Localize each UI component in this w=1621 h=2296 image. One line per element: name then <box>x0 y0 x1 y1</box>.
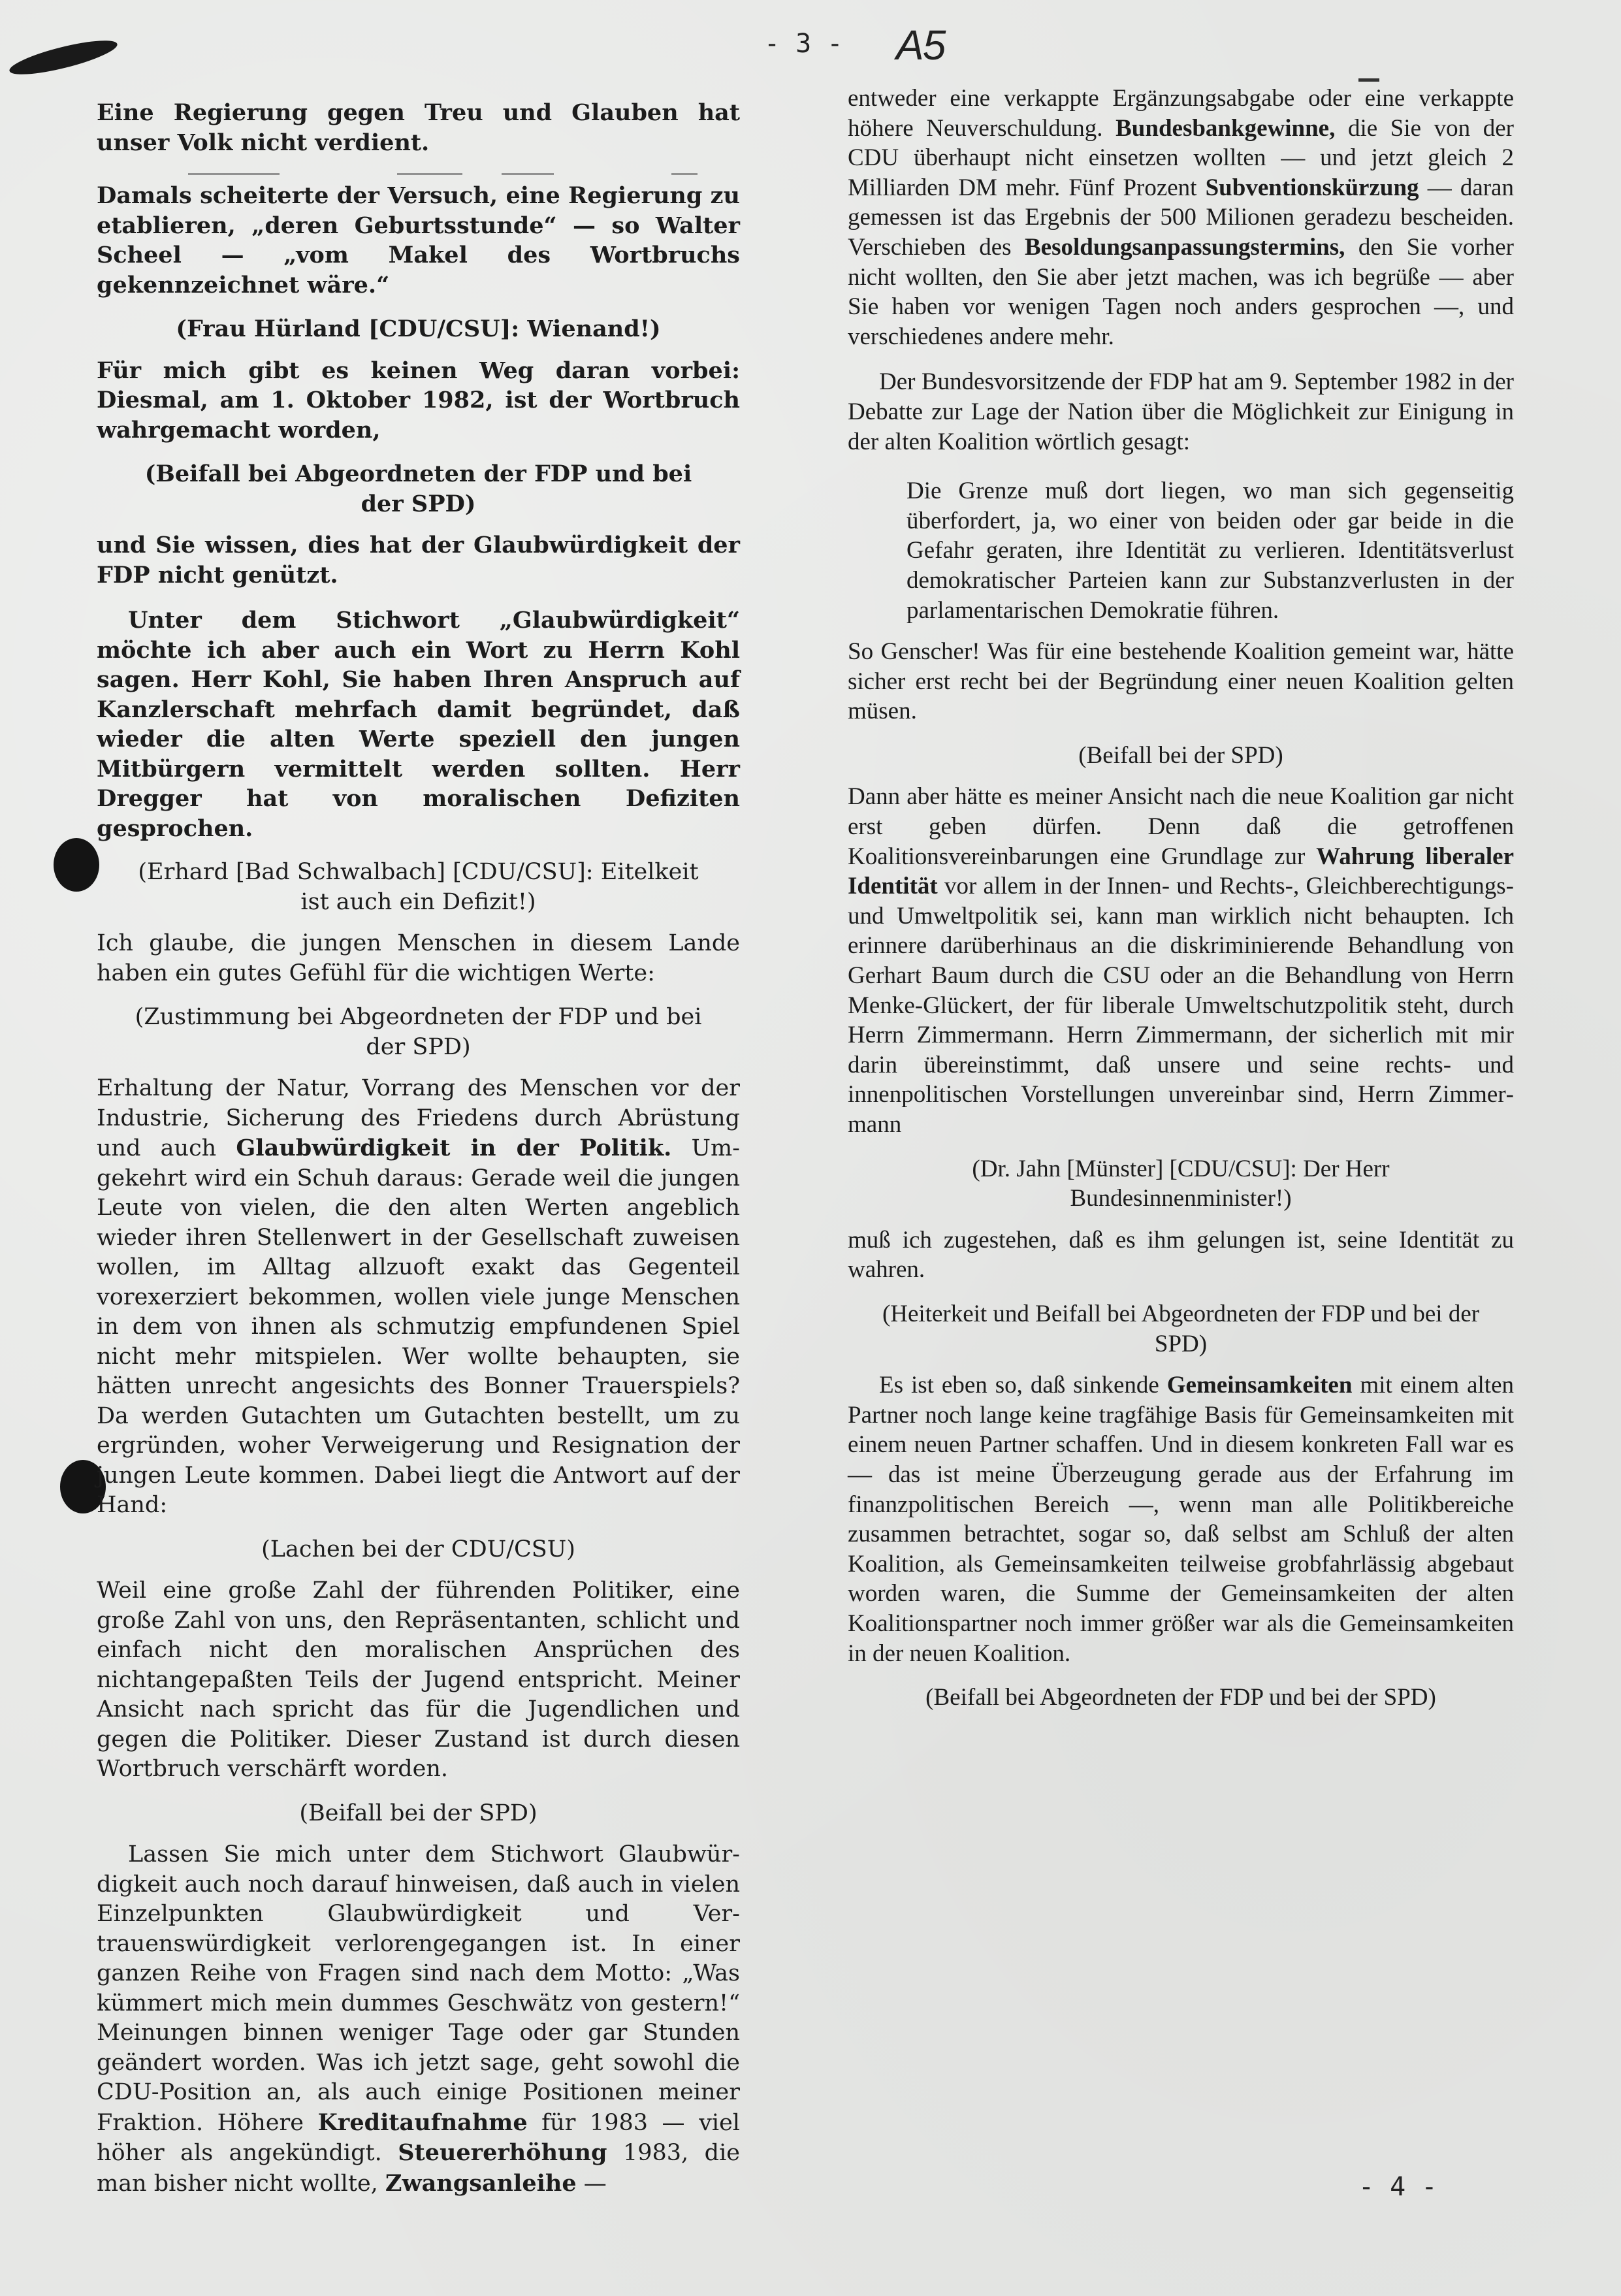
paragraph: muß ich zugestehen, daß es ihm gelungen … <box>848 1225 1514 1285</box>
paragraph: Ich glaube, die jungen Menschen in diese… <box>97 929 740 988</box>
paragraph: So Genscher! Was für eine bestehende Koa… <box>848 637 1514 726</box>
block-quote: Die Grenze muß dort liegen, wo man sich … <box>907 476 1514 625</box>
interjection: (Dr. Jahn [Münster] [CDU/CSU]: Der Herr … <box>874 1154 1488 1214</box>
paragraph: entweder eine verkappte Ergänzungsabgabe… <box>848 84 1514 351</box>
emphasis: Gemeinsamkeiten <box>1167 1372 1353 1399</box>
right-column: entweder eine verkappte Ergänzungsabgabe… <box>848 84 1514 1724</box>
emphasis: Subventionskürzung <box>1206 174 1419 201</box>
emphasis: Kreditaufnahme <box>317 2109 527 2136</box>
handwritten-mark: A5 <box>896 21 944 69</box>
interjection: (Erhard [Bad Schwalbach] [CDU/CSU]: Eite… <box>123 858 714 917</box>
scan-mark <box>1358 78 1379 82</box>
paragraph: Erhaltung der Natur, Vorrang des Mensche… <box>97 1074 740 1521</box>
interjection: (Zustimmung bei Abgeordneten der FDP und… <box>123 1003 714 1062</box>
interjection: (Beifall bei Abgeordneten der FDP und be… <box>874 1683 1488 1713</box>
separator <box>97 170 740 177</box>
interjection: (Beifall bei der SPD) <box>874 741 1488 771</box>
paragraph: Lassen Sie mich unter dem Stichwort Glau… <box>97 1840 740 2199</box>
emphasis: Glaubwürdigkeit in der Politik. <box>236 1135 671 1161</box>
left-column: Eine Regierung gegen Treu und Glauben ha… <box>97 98 740 2199</box>
emphasis: Steuererhöhung <box>398 2139 607 2166</box>
paragraph: Weil eine große Zahl der führenden Polit… <box>97 1576 740 1785</box>
paragraph: Der Bundesvorsitzende der FDP hat am 9. … <box>848 367 1514 457</box>
paragraph: Eine Regierung gegen Treu und Glauben ha… <box>97 98 740 157</box>
page-number-header: - 3 - <box>764 29 843 59</box>
paragraph: Für mich gibt es keinen Weg daran vorbei… <box>97 356 740 445</box>
page-number-footer: - 4 - <box>1358 2172 1437 2202</box>
paragraph: und Sie wissen, dies hat der Glaubwürdig… <box>97 530 740 590</box>
punch-hole-upper <box>54 838 99 892</box>
paragraph: Damals scheiterte der Versuch, eine Regi… <box>97 181 740 300</box>
interjection: (Beifall bei Abgeordneten der FDP und be… <box>123 459 714 519</box>
paragraph: Unter dem Stichwort „Glaubwürdigkeit“ mö… <box>97 606 740 843</box>
emphasis: Bundes­bankgewinne, <box>1115 115 1335 142</box>
emphasis: Zwangsanleihe <box>385 2170 577 2197</box>
paragraph: Es ist eben so, daß sinkende Gemeinsamke… <box>848 1370 1514 1668</box>
ink-smudge <box>7 34 120 81</box>
interjection: (Heiterkeit und Beifall bei Abgeordneten… <box>874 1299 1488 1359</box>
interjection: (Lachen bei der CDU/CSU) <box>123 1535 714 1565</box>
paragraph: Dann aber hätte es meiner Ansicht nach d… <box>848 782 1514 1139</box>
emphasis: Besoldungs­anpassungstermins, <box>1025 234 1345 261</box>
interjection: (Beifall bei der SPD) <box>123 1799 714 1829</box>
interjection: (Frau Hürland [CDU/CSU]: Wienand!) <box>123 314 714 344</box>
